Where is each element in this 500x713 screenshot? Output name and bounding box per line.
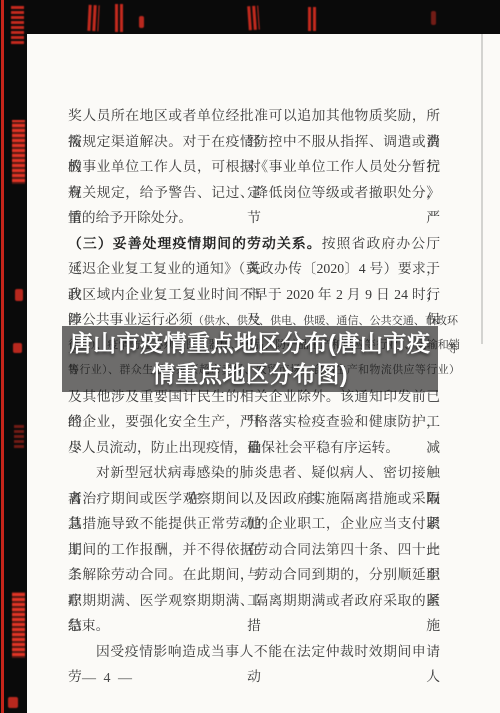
red-seal-mark xyxy=(431,11,436,25)
document-line: 的事业单位工作人员，可根据《事业单位工作人员处分暂行规定》 xyxy=(68,154,440,180)
banner-title-line1: 唐山市疫情重点地区分布(唐山市疫 xyxy=(70,328,431,359)
document-line: 有关规定，给予警告、记过、降低岗位等级或者撤职处分，情节严 xyxy=(68,180,440,206)
banner-title-line2: 情重点地区分布图) xyxy=(152,359,348,390)
red-seal-mark xyxy=(245,6,260,31)
document-line: 离治疗期间或医学观察期间以及因政府实施隔离措施或采取其他紧 xyxy=(68,486,440,512)
red-seal-mark xyxy=(306,7,316,31)
document-line: 按规定渠道解决。对于在疫情防控中不服从指挥、调遣或消极对抗 xyxy=(68,129,440,155)
document-line: 的企业，要强化安全生产，严格落实检疫查验和健康防护，尽量减 xyxy=(68,409,440,435)
title-banner-overlay: 唐山市疫情重点地区分布(唐山市疫 情重点地区分布图) xyxy=(62,326,438,392)
red-seal-mark xyxy=(13,343,22,353)
line-main-text: 障公共事业运行必须 xyxy=(68,312,193,327)
red-seal-mark xyxy=(14,424,24,450)
document-line-heading: （三）妥善处理疫情期间的劳动关系。按照省政府办公厅《关于 xyxy=(68,231,440,257)
red-seal-mark xyxy=(12,120,25,184)
red-seal-mark xyxy=(113,4,124,32)
red-seal-mark xyxy=(139,16,144,28)
red-seal-mark xyxy=(8,697,18,708)
document-line: 急措施导致不能提供正常劳动的企业职工，企业应当支付职工在此 xyxy=(68,511,440,537)
scanned-document-page: 奖人员所在地区或者单位经批准可以追加其他物质奖励，所需经费 按规定渠道解决。对于… xyxy=(0,0,500,713)
document-line: 对新型冠状病毒感染的肺炎患者、疑似病人、密切接触者在其隔 xyxy=(68,460,440,486)
document-line: 政区域内企业复工复业时间不早于 2020 年 2 月 9 日 24 时，涉及保 xyxy=(68,282,440,308)
document-line: 奖人员所在地区或者单位经批准可以追加其他物质奖励，所需经费 xyxy=(68,103,440,129)
red-seal-mark xyxy=(85,5,99,32)
red-seal-mark xyxy=(11,6,24,46)
red-edge-line xyxy=(1,0,4,713)
heading-bold-text: （三）妥善处理疫情期间的劳动关系。 xyxy=(68,236,322,251)
document-line: 期间的工作报酬，并不得依据劳动合同法第四十条、四十一条与职 xyxy=(68,537,440,563)
red-seal-mark xyxy=(12,592,25,658)
document-line: 疗期期满、医学观察期期满、隔离期期满或者政府采取的紧急措施 xyxy=(68,588,440,614)
red-seal-mark xyxy=(15,289,23,301)
page-number: — 4 — xyxy=(82,669,134,689)
page-edge-line xyxy=(481,34,483,344)
document-line: 因受疫情影响造成当事人不能在法定仲裁时效期间申请劳动人 xyxy=(68,639,440,665)
document-line: 延迟企业复工复业的通知》（冀政办传〔2020〕4 号）要求，我市行 xyxy=(68,256,440,282)
document-line: 少人员流动，防止出现疫情，确保社会平稳有序运转。 xyxy=(68,435,440,461)
document-line: 工解除劳动合同。在此期间，劳动合同到期的，分别顺延至职工医 xyxy=(68,562,440,588)
